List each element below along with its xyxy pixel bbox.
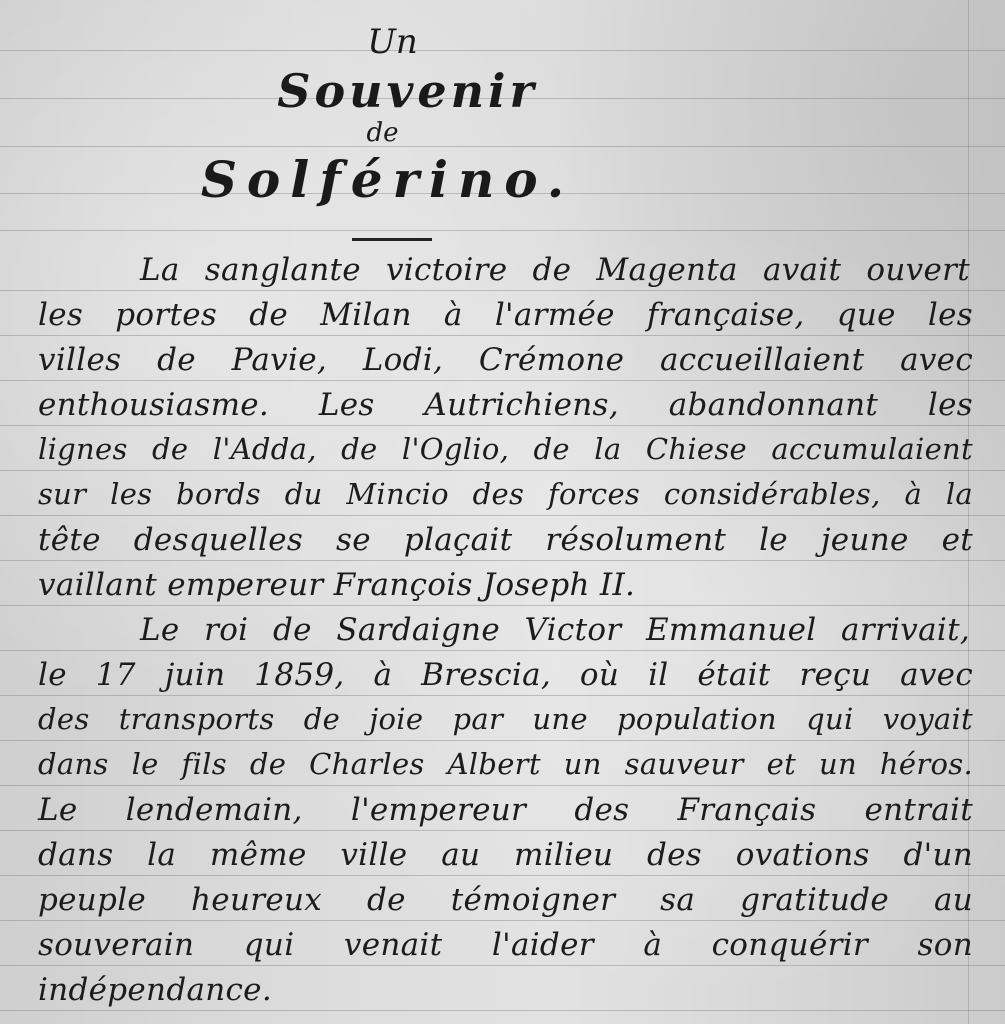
ruled-line — [0, 830, 1005, 831]
text-line: enthousiasme. Les Autrichiens, abandonna… — [38, 387, 973, 423]
ruled-line — [0, 560, 1005, 561]
ruled-line — [0, 230, 1005, 231]
ruled-line — [0, 515, 1005, 516]
ruled-line — [0, 335, 1005, 336]
text-line: vaillant empereur François Joseph II. — [38, 567, 973, 603]
text-line: peuple heureux de témoigner sa gratitude… — [38, 882, 973, 918]
ruled-line — [0, 290, 1005, 291]
text-line: sur les bords du Mincio des forces consi… — [38, 477, 973, 511]
ruled-line — [0, 380, 1005, 381]
ruled-line — [0, 1010, 1005, 1011]
text-line: indépendance. — [38, 972, 973, 1008]
title-un: Un — [0, 22, 895, 62]
text-line: Le lendemain, l'empereur des Français en… — [38, 792, 973, 828]
text-line: lignes de l'Adda, de l'Oglio, de la Chie… — [38, 432, 973, 466]
title-de: de — [0, 118, 885, 148]
text-line: La sanglante victoire de Magenta avait o… — [140, 252, 970, 288]
ruled-line — [0, 965, 1005, 966]
ruled-line — [0, 650, 1005, 651]
title-souvenir: Souvenir — [0, 64, 910, 118]
text-line: souverain qui venait l'aider à conquérir… — [38, 927, 973, 963]
text-line: les portes de Milan à l'armée française,… — [38, 297, 973, 333]
text-line: le 17 juin 1859, à Brescia, où il était … — [38, 657, 973, 693]
text-line: des transports de joie par une populatio… — [38, 702, 973, 736]
ruled-line — [0, 470, 1005, 471]
text-line: tête desquelles se plaçait résolument le… — [38, 522, 973, 558]
title-solferino: Solférino. — [0, 150, 890, 209]
ruled-line — [0, 605, 1005, 606]
title-underline — [352, 238, 432, 241]
ruled-line — [0, 425, 1005, 426]
text-line: villes de Pavie, Lodi, Crémone accueilla… — [38, 342, 973, 378]
text-line: dans la même ville au milieu des ovation… — [38, 837, 973, 873]
ruled-line — [0, 785, 1005, 786]
ruled-line — [0, 920, 1005, 921]
ruled-line — [0, 875, 1005, 876]
manuscript-page: Un Souvenir de Solférino. La sanglante v… — [0, 0, 1005, 1024]
ruled-line — [0, 740, 1005, 741]
ruled-line — [0, 695, 1005, 696]
text-line: dans le fils de Charles Albert un sauveu… — [38, 747, 973, 781]
text-line: Le roi de Sardaigne Victor Emmanuel arri… — [140, 612, 970, 648]
